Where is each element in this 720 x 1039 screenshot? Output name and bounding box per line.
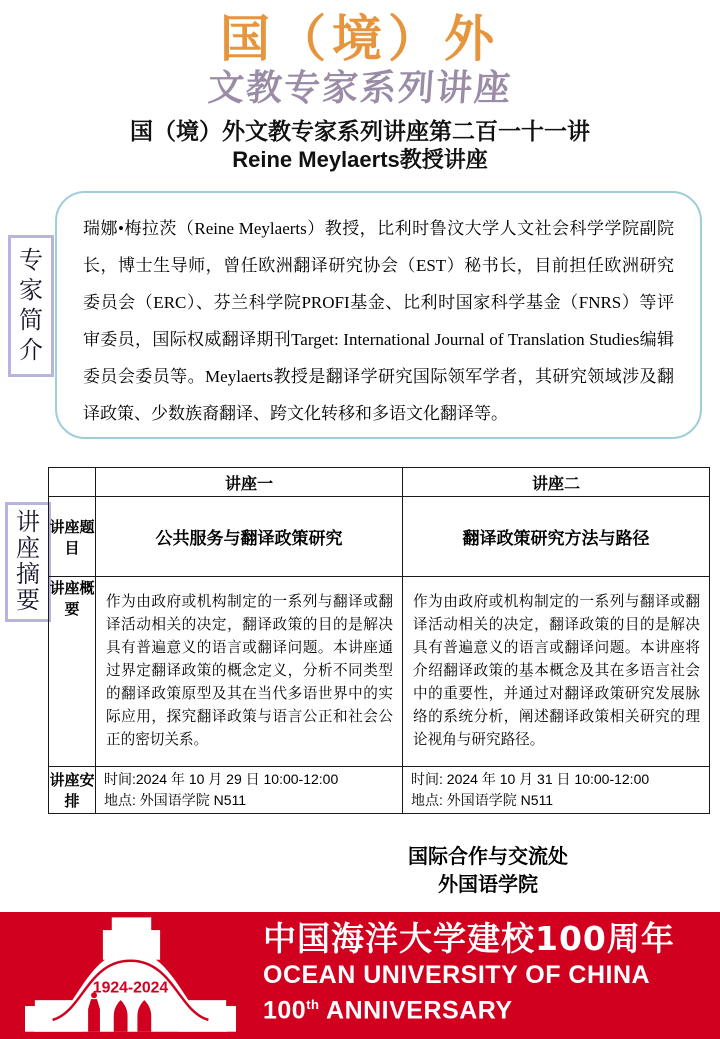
title-chinese: 国（境）外文教专家系列讲座第二百一十一讲 [0,117,720,146]
lecture1-header: 讲座一 [96,468,403,497]
expert-bio-text: 瑞娜•梅拉茨（Reine Meylaerts）教授，比利时鲁汶大学人文社会科学学… [83,210,674,432]
lecture-summary-side-label: 讲座摘要 [5,502,51,622]
lecture2-header: 讲座二 [403,468,710,497]
organizer-line1: 国际合作与交流处 [338,843,638,871]
row-label-title: 讲座题目 [49,497,96,577]
anniversary-english-100th: 100th ANNIVERSARY [263,990,675,1025]
row-label-arrangement: 讲座安排 [49,767,96,814]
lecture-title-row: 讲座题目 公共服务与翻译政策研究 翻译政策研究方法与路径 [49,497,710,577]
page-title: 国（境）外文教专家系列讲座第二百一十一讲 Reine Meylaerts教授讲座 [0,117,720,173]
lecture1-time: 时间:2024 年 10 月 29 日 10:00-12:00 [104,769,394,790]
series-logo-line1: 国（境）外 [0,8,720,70]
lecture1-summary: 作为由政府或机构制定的一系列与翻译或翻译活动相关的决定，翻译政策的目的是解决具有… [96,577,403,767]
anniversary-rest: ANNIVERSARY [320,996,513,1024]
anniversary-text: 中国海洋大学建校100周年 OCEAN UNIVERSITY OF CHINA … [263,918,675,1025]
lecture2-title: 翻译政策研究方法与路径 [403,497,710,577]
table-corner-cell [49,468,96,497]
logo-years-text: 1924-2024 [93,979,169,996]
anniversary-english-name: OCEAN UNIVERSITY OF CHINA [263,960,675,990]
anniversary-banner: 1924-2024 中国海洋大学建校100周年 OCEAN UNIVERSITY… [0,912,720,1039]
expert-intro-box: 瑞娜•梅拉茨（Reine Meylaerts）教授，比利时鲁汶大学人文社会科学学… [55,191,702,439]
organizer-line2: 外国语学院 [338,871,638,899]
row-label-summary: 讲座概要 [49,577,96,767]
lecture2-summary: 作为由政府或机构制定的一系列与翻译或翻译活动相关的决定，翻译政策的目的是解决具有… [403,577,710,767]
organizer-signature: 国际合作与交流处 外国语学院 [338,843,638,899]
table-header-row: 讲座一 讲座二 [49,468,710,497]
lecture1-place: 地点: 外国语学院 N511 [104,790,394,811]
lecture-arrangement-row: 讲座安排 时间:2024 年 10 月 29 日 10:00-12:00 地点:… [49,767,710,814]
lecture1-title: 公共服务与翻译政策研究 [96,497,403,577]
title-speaker: Reine Meylaerts教授讲座 [0,146,720,173]
lecture-poster: 国（境）外 文教专家系列讲座 国（境）外文教专家系列讲座第二百一十一讲 Rein… [0,0,720,1039]
anniversary-chinese: 中国海洋大学建校100周年 [263,918,675,960]
anniversary-100: 100 [263,996,306,1024]
lecture1-arrangement: 时间:2024 年 10 月 29 日 10:00-12:00 地点: 外国语学… [96,767,403,814]
expert-intro-side-label: 专家简介 [8,235,54,377]
series-logo: 国（境）外 文教专家系列讲座 [0,8,720,108]
lecture2-time: 时间: 2024 年 10 月 31 日 10:00-12:00 [411,769,701,790]
university-gate-logo-icon: 1924-2024 [25,915,237,1036]
lecture-table: 讲座一 讲座二 讲座题目 公共服务与翻译政策研究 翻译政策研究方法与路径 讲座概… [48,467,710,814]
anniversary-th-sup: th [306,997,319,1012]
lecture2-arrangement: 时间: 2024 年 10 月 31 日 10:00-12:00 地点: 外国语… [403,767,710,814]
lecture2-place: 地点: 外国语学院 N511 [411,790,701,811]
lecture-summary-row: 讲座概要 作为由政府或机构制定的一系列与翻译或翻译活动相关的决定，翻译政策的目的… [49,577,710,767]
series-logo-line2: 文教专家系列讲座 [0,70,720,108]
